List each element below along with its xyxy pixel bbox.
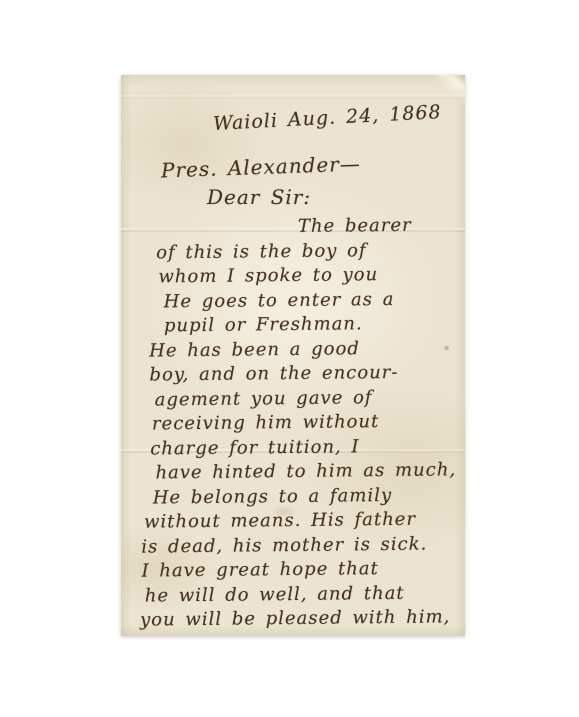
letter-paper: Waioli Aug. 24, 1868 Pres. Alexander— De… xyxy=(121,75,465,636)
letter-dateline: Waioli Aug. 24, 1868 xyxy=(213,101,443,135)
letter-line: have hinted to him as much, xyxy=(155,458,465,486)
letter-line: He belongs to a family xyxy=(153,483,466,511)
letter-line: without means. His father xyxy=(144,507,466,535)
photo-canvas: Waioli Aug. 24, 1868 Pres. Alexander— De… xyxy=(0,0,579,717)
letter-line: I have great hope that xyxy=(141,556,466,584)
paper-crease xyxy=(121,95,465,99)
letter-line: receiving him without xyxy=(152,409,465,437)
letter-line: The bearer xyxy=(298,213,463,239)
letter-line: whom I spoke to you xyxy=(158,262,463,290)
letter-line: boy, and on the encour- xyxy=(149,360,464,388)
letter-line: agement you gave of xyxy=(155,385,465,413)
letter-line: you will be pleased with him, xyxy=(140,605,467,633)
letter-salutation: Dear Sir: xyxy=(207,185,311,209)
letter-line: He goes to enter as a xyxy=(164,287,464,315)
letter-line: he will do well, and that xyxy=(145,581,467,609)
letter-line: He has been a good xyxy=(149,336,464,364)
letter-line: is dead, his mother is sick. xyxy=(141,532,466,560)
letter-line: pupil or Freshman. xyxy=(164,311,464,339)
letter-body: The bearer of this is the boy of whom I … xyxy=(119,213,467,633)
letter-line: charge for tuition, I xyxy=(150,434,465,462)
letter-line: of this is the boy of xyxy=(156,238,463,266)
letter-addressee: Pres. Alexander— xyxy=(161,152,362,183)
